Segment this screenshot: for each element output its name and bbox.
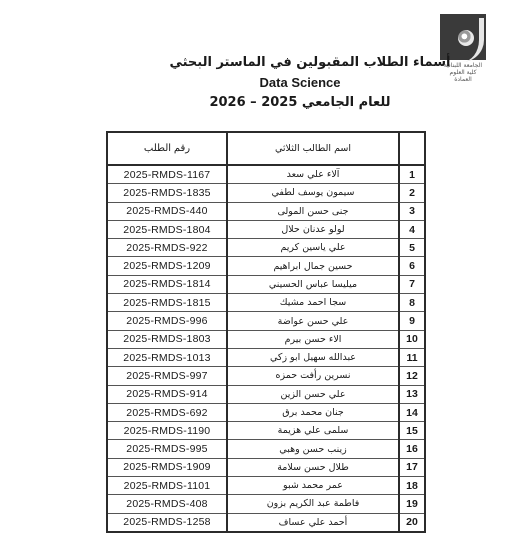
student-name-cell: علي حسن الزين (227, 385, 399, 403)
application-number-cell: 2025-RMDS-1101 (107, 477, 227, 495)
student-name-cell: سجا احمد مشيك (227, 294, 399, 312)
logo-ball-icon (458, 30, 474, 46)
table-row: 2025-RMDS-1190سلمى علي هزيمة15 (107, 422, 425, 440)
row-index-cell: 4 (399, 220, 425, 238)
table-row: 2025-RMDS-996علي حسن عواضة9 (107, 312, 425, 330)
application-number-cell: 2025-RMDS-914 (107, 385, 227, 403)
row-index-cell: 15 (399, 422, 425, 440)
table-row: 2025-RMDS-922علي ياسين كريم5 (107, 239, 425, 257)
application-number-cell: 2025-RMDS-1804 (107, 220, 227, 238)
application-number-cell: 2025-RMDS-1209 (107, 257, 227, 275)
table-row: 2025-RMDS-440جنى حسن المولى3 (107, 202, 425, 220)
table-row: 2025-RMDS-1167آلاء علي سعد1 (107, 165, 425, 184)
table-row: 2025-RMDS-1804لولو عدنان حلال4 (107, 220, 425, 238)
student-name-cell: جنان محمد برق (227, 403, 399, 421)
student-name-cell: نسرين رأفت حمزه (227, 367, 399, 385)
table-row: 2025-RMDS-1803الاء حسن بيرم10 (107, 330, 425, 348)
table-row: 2025-RMDS-995زينب حسن وهبي16 (107, 440, 425, 458)
student-name-cell: علي ياسين كريم (227, 239, 399, 257)
table-row: 2025-RMDS-1258أحمد علي عساف20 (107, 513, 425, 532)
student-name-cell: حسين جمال ابراهيم (227, 257, 399, 275)
student-name-cell: أحمد علي عساف (227, 513, 399, 532)
column-header-full-name: اسم الطالب الثلاثي (227, 132, 399, 165)
student-name-cell: سلمى علي هزيمة (227, 422, 399, 440)
table-row: 2025-RMDS-997نسرين رأفت حمزه12 (107, 367, 425, 385)
table-row: 2025-RMDS-914علي حسن الزين13 (107, 385, 425, 403)
row-index-cell: 14 (399, 403, 425, 421)
row-index-cell: 12 (399, 367, 425, 385)
column-header-application-number: رقم الطلب (107, 132, 227, 165)
table-row: 2025-RMDS-1101عمر محمد شبو18 (107, 477, 425, 495)
table-row: 2025-RMDS-1209حسين جمال ابراهيم6 (107, 257, 425, 275)
application-number-cell: 2025-RMDS-995 (107, 440, 227, 458)
academic-year: للعام الجامعي 2025 – 2026 (150, 95, 450, 110)
table-row: 2025-RMDS-1835سيمون يوسف لطفي2 (107, 184, 425, 202)
row-index-cell: 17 (399, 458, 425, 476)
student-name-cell: فاطمة عبد الكريم بزون (227, 495, 399, 513)
row-index-cell: 20 (399, 513, 425, 532)
application-number-cell: 2025-RMDS-1167 (107, 165, 227, 184)
table-row: 2025-RMDS-1013عبدالله سهيل ابو زكي11 (107, 348, 425, 366)
application-number-cell: 2025-RMDS-1803 (107, 330, 227, 348)
program-name: Data Science (150, 75, 450, 90)
student-name-cell: سيمون يوسف لطفي (227, 184, 399, 202)
application-number-cell: 2025-RMDS-1835 (107, 184, 227, 202)
application-number-cell: 2025-RMDS-1190 (107, 422, 227, 440)
application-number-cell: 2025-RMDS-996 (107, 312, 227, 330)
row-index-cell: 16 (399, 440, 425, 458)
student-name-cell: عبدالله سهيل ابو زكي (227, 348, 399, 366)
student-name-cell: زينب حسن وهبي (227, 440, 399, 458)
application-number-cell: 2025-RMDS-1013 (107, 348, 227, 366)
application-number-cell: 2025-RMDS-692 (107, 403, 227, 421)
admitted-students-table: رقم الطلب اسم الطالب الثلاثي 2025-RMDS-1… (106, 131, 426, 533)
row-index-cell: 1 (399, 165, 425, 184)
student-name-cell: علي حسن عواضة (227, 312, 399, 330)
row-index-cell: 7 (399, 275, 425, 293)
table-row: 2025-RMDS-1909طلال حسن سلامة17 (107, 458, 425, 476)
table-row: 2025-RMDS-692جنان محمد برق14 (107, 403, 425, 421)
document-title: أسماء الطلاب المقبولين في الماستر البحثي (160, 55, 460, 70)
row-index-cell: 6 (399, 257, 425, 275)
row-index-cell: 2 (399, 184, 425, 202)
table-row: 2025-RMDS-1815سجا احمد مشيك8 (107, 294, 425, 312)
application-number-cell: 2025-RMDS-922 (107, 239, 227, 257)
student-name-cell: لولو عدنان حلال (227, 220, 399, 238)
student-name-cell: آلاء علي سعد (227, 165, 399, 184)
column-header-index (399, 132, 425, 165)
student-name-cell: طلال حسن سلامة (227, 458, 399, 476)
logo-emblem (440, 14, 486, 60)
application-number-cell: 2025-RMDS-1258 (107, 513, 227, 532)
row-index-cell: 8 (399, 294, 425, 312)
application-number-cell: 2025-RMDS-997 (107, 367, 227, 385)
application-number-cell: 2025-RMDS-1814 (107, 275, 227, 293)
student-name-cell: الاء حسن بيرم (227, 330, 399, 348)
application-number-cell: 2025-RMDS-1815 (107, 294, 227, 312)
row-index-cell: 5 (399, 239, 425, 257)
table-row: 2025-RMDS-408فاطمة عبد الكريم بزون19 (107, 495, 425, 513)
row-index-cell: 11 (399, 348, 425, 366)
row-index-cell: 18 (399, 477, 425, 495)
student-name-cell: ميليسا عباس الحسيني (227, 275, 399, 293)
row-index-cell: 13 (399, 385, 425, 403)
table-header-row: رقم الطلب اسم الطالب الثلاثي (107, 132, 425, 165)
row-index-cell: 10 (399, 330, 425, 348)
row-index-cell: 19 (399, 495, 425, 513)
student-name-cell: عمر محمد شبو (227, 477, 399, 495)
row-index-cell: 9 (399, 312, 425, 330)
application-number-cell: 2025-RMDS-1909 (107, 458, 227, 476)
application-number-cell: 2025-RMDS-408 (107, 495, 227, 513)
application-number-cell: 2025-RMDS-440 (107, 202, 227, 220)
student-name-cell: جنى حسن المولى (227, 202, 399, 220)
table-row: 2025-RMDS-1814ميليسا عباس الحسيني7 (107, 275, 425, 293)
row-index-cell: 3 (399, 202, 425, 220)
